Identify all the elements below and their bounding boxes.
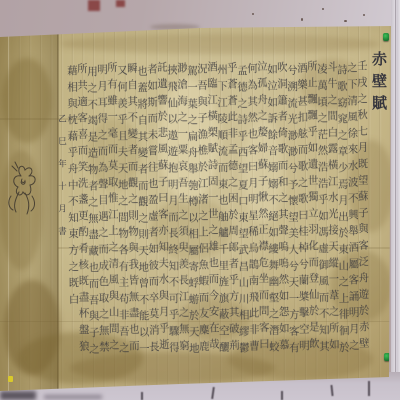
photo-of-manuscript-scroll: 乙巳年十月書 赤壁賦 壬戌之秋七月既望蘇子與客泛舟遊於赤壁之下清風徐來水波不興舉… xyxy=(0,0,400,400)
scroll-title: 赤壁賦 xyxy=(371,51,386,131)
floor-streak xyxy=(281,391,283,400)
green-pushpin-icon xyxy=(383,33,389,41)
yellow-speck xyxy=(8,376,13,382)
stain xyxy=(2,58,52,143)
manuscript-text: 壬戌之秋七月既望蘇子與客泛舟遊於赤壁之下清風徐來水波不興舉酒屬客誦明月之詩歌窈窕… xyxy=(67,60,369,376)
wall-corner-line xyxy=(395,0,396,400)
manuscript-paper: 乙巳年十月書 赤壁賦 壬戌之秋七月既望蘇子與客泛舟遊於赤壁之下清風徐來水波不興舉… xyxy=(0,0,400,400)
floor-streak xyxy=(44,395,102,399)
floor-streak xyxy=(141,392,143,400)
green-pushpin-icon xyxy=(384,353,390,361)
wall-speck xyxy=(301,18,303,21)
floor-streak xyxy=(368,381,370,396)
wall-red-stain xyxy=(116,0,125,7)
wall-red-stain xyxy=(88,0,100,11)
wall-speck xyxy=(322,8,324,10)
floor-streak xyxy=(0,391,36,400)
wall-speck xyxy=(363,14,365,16)
wall-speck xyxy=(344,20,347,22)
colophon-column: 乙巳年十月書 xyxy=(57,114,66,294)
stain xyxy=(60,34,380,54)
wall-speck xyxy=(252,13,254,15)
lotus-flower-sketch-icon xyxy=(5,148,39,220)
